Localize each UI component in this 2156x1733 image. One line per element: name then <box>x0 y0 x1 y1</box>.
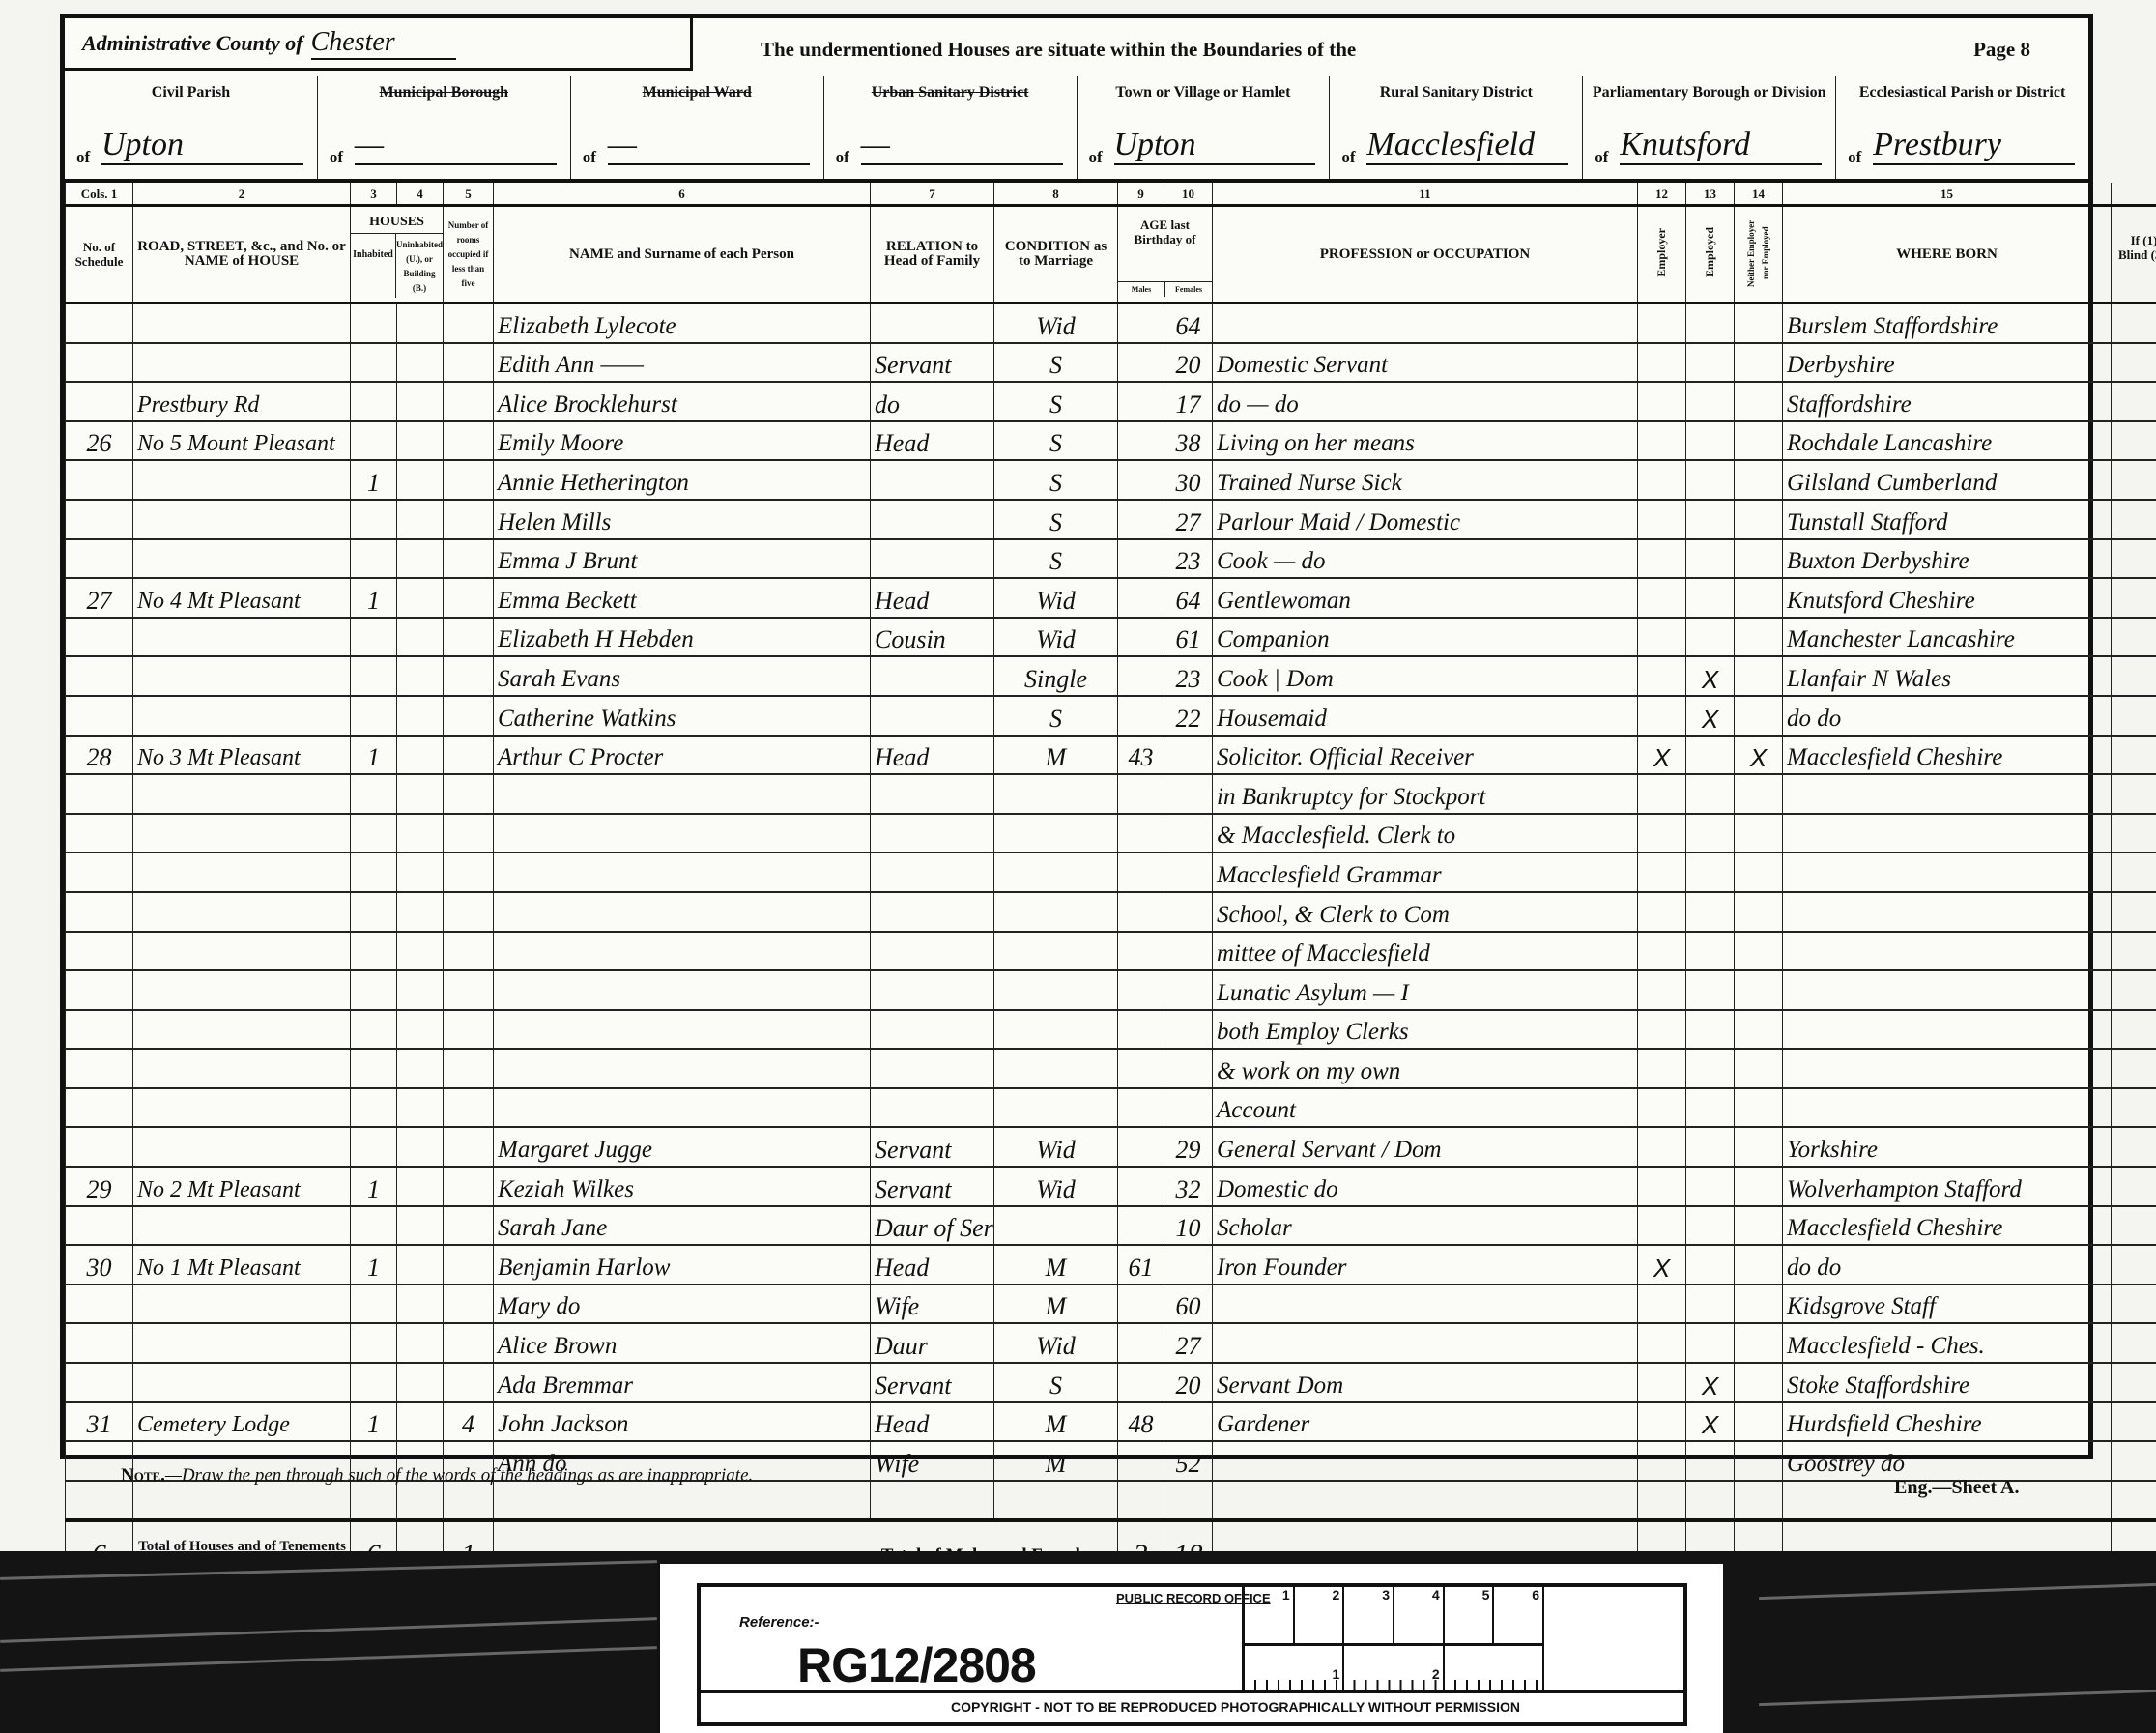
table-row: 26No 5 Mount PleasantEmily MooreHeadS38L… <box>66 421 2156 461</box>
condition: Wid <box>994 303 1118 343</box>
reference-code: RG12/2808 <box>797 1637 1036 1693</box>
condition <box>994 852 1118 892</box>
age-male <box>1118 343 1164 383</box>
inhabited <box>351 421 397 461</box>
ruler-mark: 3 <box>1344 1587 1394 1643</box>
rooms <box>444 578 494 618</box>
age-female: 22 <box>1164 696 1213 736</box>
uninhabited <box>397 618 444 657</box>
age-female: 27 <box>1164 500 1213 539</box>
table-row: Macclesfield Grammar <box>66 852 2156 892</box>
neither-mark <box>1735 1402 1783 1442</box>
area-civil-parish: Civil ParishofUpton <box>65 76 318 179</box>
uninhabited <box>397 1323 444 1363</box>
age-male <box>1118 1167 1164 1206</box>
inhabited <box>351 343 397 383</box>
age-male <box>1118 774 1164 814</box>
inhabited <box>351 892 397 932</box>
address <box>133 343 351 383</box>
occupation: in Bankruptcy for Stockport <box>1213 774 1638 814</box>
where-born: do do <box>1783 696 2112 736</box>
employer-mark <box>1638 774 1686 814</box>
neither-mark <box>1735 500 1783 539</box>
schedule-no <box>66 774 133 814</box>
where-born: Knutsford Cheshire <box>1783 578 2112 618</box>
ruler-mark: 1 <box>1245 1587 1295 1643</box>
table-row: Emma J BruntS23Cook — doBuxton Derbyshir… <box>66 539 2156 579</box>
employer-mark <box>1638 814 1686 853</box>
condition <box>994 970 1118 1010</box>
person-name <box>494 1481 871 1521</box>
employed-mark <box>1686 618 1735 657</box>
age-female <box>1164 970 1213 1010</box>
uninhabited <box>397 932 444 971</box>
inhabited: 1 <box>351 736 397 775</box>
column-number: Cols. 1 <box>66 183 133 206</box>
person-name <box>494 852 871 892</box>
where-born <box>1783 892 2112 932</box>
column-number: 12 <box>1638 183 1686 206</box>
employed-mark <box>1686 1127 1735 1167</box>
schedule-no <box>66 382 133 421</box>
inhabited <box>351 932 397 971</box>
schedule-no: 29 <box>66 1167 133 1206</box>
age-male <box>1118 1088 1164 1128</box>
column-number: 13 <box>1686 183 1735 206</box>
table-row <box>66 1481 2156 1521</box>
of-label: of <box>1848 148 1861 167</box>
schedule-no: 28 <box>66 736 133 775</box>
where-born <box>1783 970 2112 1010</box>
column-number: 11 <box>1213 183 1638 206</box>
age-female: 60 <box>1164 1285 1213 1324</box>
infirmity <box>2112 852 2156 892</box>
condition: Wid <box>994 618 1118 657</box>
inhabited <box>351 852 397 892</box>
area-heading: Town or Village or Hamlet <box>1078 84 1330 101</box>
age-male <box>1118 460 1164 500</box>
schedule-no <box>66 656 133 696</box>
census-table: Cols. 12345678910111213141516 No. of Sch… <box>65 183 2156 1590</box>
person-name: Helen Mills <box>494 500 871 539</box>
column-number: 2 <box>133 183 351 206</box>
condition: Wid <box>994 1323 1118 1363</box>
note-text: —Draw the pen through such of the words … <box>165 1465 753 1486</box>
where-born <box>1783 852 2112 892</box>
age-female: 20 <box>1164 1363 1213 1402</box>
employer-mark <box>1638 852 1686 892</box>
uninhabited <box>397 303 444 343</box>
employer-mark <box>1638 1402 1686 1442</box>
address <box>133 460 351 500</box>
column-headers-row: No. of Schedule ROAD, STREET, &c., and N… <box>66 206 2156 303</box>
uninhabited <box>397 578 444 618</box>
header-name: NAME and Surname of each Person <box>494 206 871 303</box>
header-employer: Employer <box>1638 206 1686 303</box>
relation: Servant <box>871 1127 994 1167</box>
employer-mark <box>1638 932 1686 971</box>
relation: Head <box>871 1245 994 1285</box>
area-heading: Ecclesiastical Parish or District <box>1836 84 2088 101</box>
employed-mark <box>1686 852 1735 892</box>
where-born: Yorkshire <box>1783 1127 2112 1167</box>
table-row: Sarah JaneDaur of Servant10ScholarMaccle… <box>66 1206 2156 1246</box>
area-value: — <box>355 127 557 165</box>
inhabited <box>351 814 397 853</box>
employer-mark: X <box>1638 736 1686 775</box>
rooms <box>444 1088 494 1128</box>
age-male <box>1118 814 1164 853</box>
column-number: 4 <box>397 183 444 206</box>
neither-mark <box>1735 343 1783 383</box>
infirmity <box>2112 736 2156 775</box>
employer-mark <box>1638 421 1686 461</box>
uninhabited <box>397 774 444 814</box>
infirmity <box>2112 814 2156 853</box>
neither-mark <box>1735 421 1783 461</box>
employer-mark <box>1638 1049 1686 1088</box>
condition: S <box>994 500 1118 539</box>
person-name <box>494 892 871 932</box>
ruler-mark: 4 <box>1394 1587 1445 1643</box>
condition: S <box>994 1363 1118 1402</box>
age-male <box>1118 382 1164 421</box>
age-female: 64 <box>1164 303 1213 343</box>
where-born <box>1783 932 2112 971</box>
employed-mark <box>1686 932 1735 971</box>
neither-mark <box>1735 970 1783 1010</box>
address <box>133 892 351 932</box>
age-female: 23 <box>1164 656 1213 696</box>
inhabited <box>351 1088 397 1128</box>
table-row: 31Cemetery Lodge14John JacksonHeadM48Gar… <box>66 1402 2156 1442</box>
age-male <box>1118 500 1164 539</box>
infirmity <box>2112 303 2156 343</box>
relation <box>871 1010 994 1050</box>
employed-mark <box>1686 1245 1735 1285</box>
uninhabited <box>397 343 444 383</box>
where-born: Manchester Lancashire <box>1783 618 2112 657</box>
age-female: 27 <box>1164 1323 1213 1363</box>
neither-mark <box>1735 656 1783 696</box>
person-name: Edith Ann —— <box>494 343 871 383</box>
header-rooms: Number of rooms occupied if less than fi… <box>444 206 494 303</box>
person-name: Mary do <box>494 1285 871 1324</box>
administrative-county: Administrative County of Chester <box>65 18 693 71</box>
schedule-no <box>66 539 133 579</box>
person-name: Benjamin Harlow <box>494 1245 871 1285</box>
where-born: Stoke Staffordshire <box>1783 1363 2112 1402</box>
address <box>133 656 351 696</box>
age-male <box>1118 1049 1164 1088</box>
occupation: Gardener <box>1213 1402 1638 1442</box>
neither-mark <box>1735 578 1783 618</box>
rooms <box>444 774 494 814</box>
table-row: 27No 4 Mt Pleasant1Emma BeckettHeadWid64… <box>66 578 2156 618</box>
area-value: — <box>608 127 810 165</box>
uninhabited <box>397 1481 444 1521</box>
employed-mark <box>1686 1049 1735 1088</box>
age-female: 17 <box>1164 382 1213 421</box>
address <box>133 1088 351 1128</box>
schedule-no <box>66 1323 133 1363</box>
inhabited <box>351 1010 397 1050</box>
ruler-cm: 123456 <box>1245 1587 1544 1646</box>
employed-mark <box>1686 814 1735 853</box>
inhabited <box>351 382 397 421</box>
schedule-no <box>66 892 133 932</box>
age-male <box>1118 1206 1164 1246</box>
relation <box>871 656 994 696</box>
person-name: Catherine Watkins <box>494 696 871 736</box>
uninhabited <box>397 1127 444 1167</box>
employed-mark <box>1686 1010 1735 1050</box>
age-female <box>1164 1010 1213 1050</box>
person-name <box>494 970 871 1010</box>
age-male <box>1118 421 1164 461</box>
header-address: ROAD, STREET, &c., and No. or NAME of HO… <box>133 206 351 303</box>
table-row: & work on my own <box>66 1049 2156 1088</box>
condition <box>994 892 1118 932</box>
note-prefix: Note. <box>121 1465 165 1486</box>
rooms <box>444 1206 494 1246</box>
condition: Single <box>994 656 1118 696</box>
occupation: School, & Clerk to Com <box>1213 892 1638 932</box>
employer-mark <box>1638 970 1686 1010</box>
age-male <box>1118 1285 1164 1324</box>
condition <box>994 1088 1118 1128</box>
occupation: Servant Dom <box>1213 1363 1638 1402</box>
inhabited <box>351 1127 397 1167</box>
rooms <box>444 1127 494 1167</box>
employed-mark <box>1686 1088 1735 1128</box>
inhabited: 1 <box>351 460 397 500</box>
where-born <box>1783 1088 2112 1128</box>
age-female: 52 <box>1164 1441 1213 1481</box>
where-born: Buxton Derbyshire <box>1783 539 2112 579</box>
uninhabited <box>397 1167 444 1206</box>
table-row: Mary doWifeM60Kidsgrove Staff <box>66 1285 2156 1324</box>
age-female: 20 <box>1164 343 1213 383</box>
employer-mark <box>1638 656 1686 696</box>
employer-mark <box>1638 1088 1686 1128</box>
column-number: 15 <box>1783 183 2112 206</box>
infirmity <box>2112 1441 2156 1481</box>
area-value: — <box>861 127 1063 165</box>
employed-mark <box>1686 1323 1735 1363</box>
uninhabited <box>397 1402 444 1442</box>
table-row: Account <box>66 1088 2156 1128</box>
employer-mark <box>1638 1363 1686 1402</box>
rooms: 4 <box>444 1402 494 1442</box>
schedule-no <box>66 500 133 539</box>
employer-mark <box>1638 303 1686 343</box>
address <box>133 303 351 343</box>
table-row: 29No 2 Mt Pleasant1Keziah WilkesServantW… <box>66 1167 2156 1206</box>
condition: S <box>994 696 1118 736</box>
employed-mark <box>1686 578 1735 618</box>
schedule-no: 27 <box>66 578 133 618</box>
occupation: Macclesfield Grammar <box>1213 852 1638 892</box>
condition: S <box>994 460 1118 500</box>
address <box>133 852 351 892</box>
inhabited <box>351 1206 397 1246</box>
county-value: Chester <box>311 27 456 60</box>
uninhabited <box>397 1088 444 1128</box>
inhabited: 1 <box>351 1402 397 1442</box>
neither-mark <box>1735 892 1783 932</box>
condition <box>994 774 1118 814</box>
where-born: Derbyshire <box>1783 343 2112 383</box>
boundary-areas: Civil ParishofUptonMunicipal Boroughof—M… <box>65 76 2088 183</box>
column-number: 6 <box>494 183 871 206</box>
infirmity <box>2112 1245 2156 1285</box>
where-born: Hurdsfield Cheshire <box>1783 1402 2112 1442</box>
relation <box>871 1481 994 1521</box>
area-value: Prestbury <box>1873 127 2075 165</box>
employed-mark <box>1686 421 1735 461</box>
person-name: Sarah Jane <box>494 1206 871 1246</box>
where-born: Macclesfield - Ches. <box>1783 1323 2112 1363</box>
infirmity <box>2112 343 2156 383</box>
inhabited <box>351 303 397 343</box>
uninhabited <box>397 852 444 892</box>
occupation: both Employ Clerks <box>1213 1010 1638 1050</box>
age-female <box>1164 1245 1213 1285</box>
occupation: Lunatic Asylum — I <box>1213 970 1638 1010</box>
where-born: Macclesfield Cheshire <box>1783 736 2112 775</box>
where-born: Burslem Staffordshire <box>1783 303 2112 343</box>
relation: Head <box>871 1402 994 1442</box>
area-town-or-village-or-hamlet: Town or Village or HamletofUpton <box>1078 76 1331 179</box>
occupation: Solicitor. Official Receiver <box>1213 736 1638 775</box>
schedule-no: 26 <box>66 421 133 461</box>
age-male <box>1118 303 1164 343</box>
uninhabited <box>397 1245 444 1285</box>
schedule-no <box>66 1049 133 1088</box>
table-row: Elizabeth H HebdenCousinWid61CompanionMa… <box>66 618 2156 657</box>
of-label: of <box>1089 148 1103 167</box>
age-male <box>1118 852 1164 892</box>
table-row: Elizabeth LylecoteWid64Burslem Staffords… <box>66 303 2156 343</box>
infirmity <box>2112 421 2156 461</box>
rooms <box>444 1049 494 1088</box>
relation: Wife <box>871 1441 994 1481</box>
neither-mark <box>1735 1167 1783 1206</box>
uninhabited <box>397 539 444 579</box>
schedule-no <box>66 852 133 892</box>
age-male <box>1118 1127 1164 1167</box>
employed-mark <box>1686 382 1735 421</box>
employed-mark <box>1686 1167 1735 1206</box>
age-male: 61 <box>1118 1245 1164 1285</box>
person-name: John Jackson <box>494 1402 871 1442</box>
neither-mark <box>1735 696 1783 736</box>
area-value: Knutsford <box>1620 127 1822 165</box>
address <box>133 774 351 814</box>
employed-mark: X <box>1686 1363 1735 1402</box>
age-female <box>1164 1481 1213 1521</box>
inhabited <box>351 656 397 696</box>
employer-mark <box>1638 618 1686 657</box>
inhabited <box>351 1481 397 1521</box>
condition: M <box>994 1285 1118 1324</box>
occupation: Companion <box>1213 618 1638 657</box>
where-born <box>1783 814 2112 853</box>
table-row: School, & Clerk to Com <box>66 892 2156 932</box>
column-number: 3 <box>351 183 397 206</box>
inhabited: 1 <box>351 1167 397 1206</box>
address <box>133 970 351 1010</box>
employer-mark: X <box>1638 1245 1686 1285</box>
where-born: Wolverhampton Stafford <box>1783 1167 2112 1206</box>
column-numbers-row: Cols. 12345678910111213141516 <box>66 183 2156 206</box>
employer-mark <box>1638 460 1686 500</box>
schedule-no: 30 <box>66 1245 133 1285</box>
inhabited <box>351 1285 397 1324</box>
header-where-born: WHERE BORN <box>1783 206 2112 303</box>
infirmity <box>2112 696 2156 736</box>
age-label: AGE last Birthday of <box>1118 212 1212 281</box>
age-female: 32 <box>1164 1167 1213 1206</box>
inhabited <box>351 500 397 539</box>
relation: do <box>871 382 994 421</box>
age-female: 29 <box>1164 1127 1213 1167</box>
rooms <box>444 932 494 971</box>
age-female: 61 <box>1164 618 1213 657</box>
relation <box>871 696 994 736</box>
employer-mark <box>1638 343 1686 383</box>
table-row: mittee of Macclesfield <box>66 932 2156 971</box>
rooms <box>444 303 494 343</box>
relation <box>871 970 994 1010</box>
rooms <box>444 539 494 579</box>
where-born: Llanfair N Wales <box>1783 656 2112 696</box>
copyright-notice: COPYRIGHT - NOT TO BE REPRODUCED PHOTOGR… <box>701 1690 1683 1722</box>
condition: M <box>994 1245 1118 1285</box>
employed-mark <box>1686 500 1735 539</box>
area-municipal-borough: Municipal Boroughof— <box>318 76 571 179</box>
inhabited <box>351 618 397 657</box>
ruler-mark <box>1445 1645 1544 1693</box>
occupation: Gentlewoman <box>1213 578 1638 618</box>
area-heading: Parliamentary Borough or Division <box>1583 84 1835 101</box>
occupation: Iron Founder <box>1213 1245 1638 1285</box>
employer-mark <box>1638 1285 1686 1324</box>
infirmity <box>2112 932 2156 971</box>
age-female: 10 <box>1164 1206 1213 1246</box>
where-born <box>1783 774 2112 814</box>
header-employed: Employed <box>1686 206 1735 303</box>
condition <box>994 814 1118 853</box>
relation: Head <box>871 578 994 618</box>
neither-mark: X <box>1735 736 1783 775</box>
person-name: Sarah Evans <box>494 656 871 696</box>
column-number: 7 <box>871 183 994 206</box>
condition: M <box>994 1402 1118 1442</box>
employed-mark <box>1686 343 1735 383</box>
reference-label: Reference:- <box>739 1614 819 1631</box>
schedule-no <box>66 932 133 971</box>
relation <box>871 303 994 343</box>
age-male <box>1118 1323 1164 1363</box>
infirmity <box>2112 539 2156 579</box>
where-born: Staffordshire <box>1783 382 2112 421</box>
occupation: Trained Nurse Sick <box>1213 460 1638 500</box>
address <box>133 1481 351 1521</box>
employed-mark <box>1686 303 1735 343</box>
column-number: 9 <box>1118 183 1164 206</box>
